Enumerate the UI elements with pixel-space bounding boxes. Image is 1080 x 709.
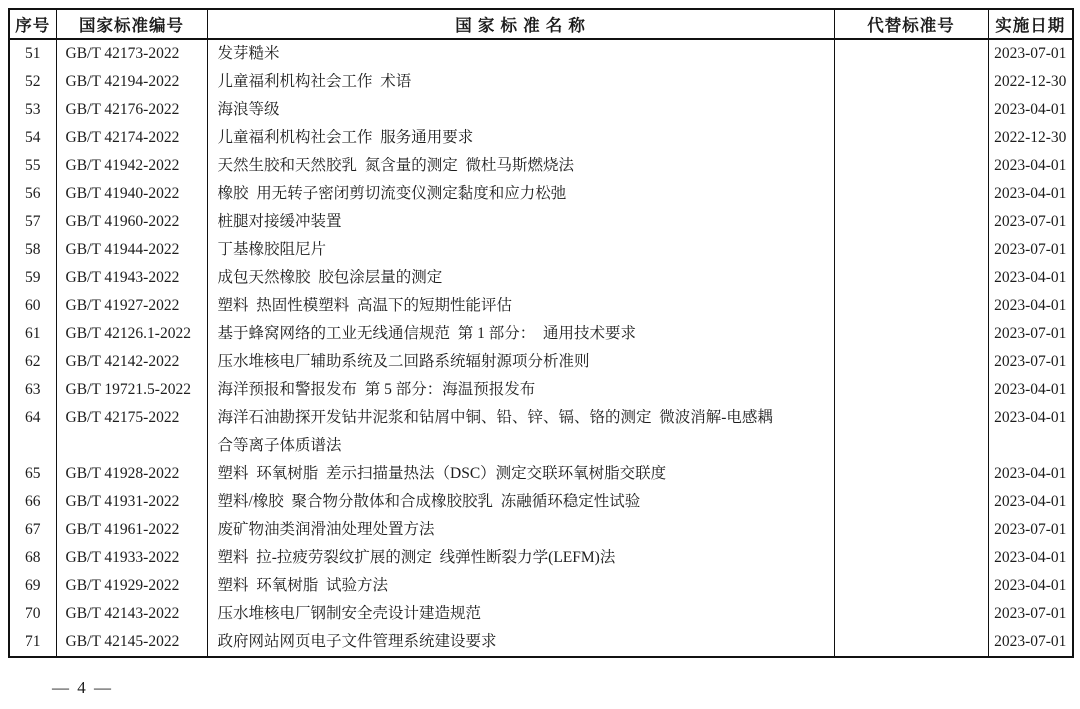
replaced-standard-cell [834, 264, 988, 292]
standard-code-cell: GB/T 42145-2022 [56, 628, 207, 657]
row-index-cell: 58 [9, 236, 56, 264]
implementation-date-cell: 2023-07-01 [988, 600, 1073, 628]
standard-name-cell: 塑料 环氧树脂 试验方法 [207, 572, 834, 600]
replaced-standard-cell [834, 376, 988, 404]
header-replaced: 代替标准号 [834, 9, 988, 39]
row-index-cell: 67 [9, 516, 56, 544]
standard-code-cell: GB/T 41931-2022 [56, 488, 207, 516]
row-index-cell: 53 [9, 96, 56, 124]
table-row: 66 GB/T 41931-2022 塑料/橡胶 聚合物分散体和合成橡胶胶乳 冻… [9, 488, 1073, 516]
table-row: 64 GB/T 42175-2022 海洋石油勘探开发钻井泥浆和钻屑中铜、铅、锌… [9, 404, 1073, 460]
table-header-row: 序号 国家标准编号 国 家 标 准 名 称 代替标准号 实施日期 [9, 9, 1073, 39]
table-row: 63 GB/T 19721.5-2022 海洋预报和警报发布 第 5 部分：海温… [9, 376, 1073, 404]
table-row: 54 GB/T 42174-2022 儿童福利机构社会工作 服务通用要求 202… [9, 124, 1073, 152]
standard-code-cell: GB/T 41927-2022 [56, 292, 207, 320]
replaced-standard-cell [834, 320, 988, 348]
row-index-cell: 62 [9, 348, 56, 376]
implementation-date-cell: 2023-04-01 [988, 404, 1073, 460]
standard-code-cell: GB/T 41960-2022 [56, 208, 207, 236]
implementation-date-cell: 2023-07-01 [988, 320, 1073, 348]
table-row: 70 GB/T 42143-2022 压水堆核电厂钢制安全壳设计建造规范 202… [9, 600, 1073, 628]
standard-name-cell: 塑料 热固性模塑料 高温下的短期性能评估 [207, 292, 834, 320]
replaced-standard-cell [834, 96, 988, 124]
standard-code-cell: GB/T 41929-2022 [56, 572, 207, 600]
row-index-cell: 57 [9, 208, 56, 236]
document-page: 序号 国家标准编号 国 家 标 准 名 称 代替标准号 实施日期 51 GB/T… [0, 0, 1080, 709]
standard-code-cell: GB/T 42174-2022 [56, 124, 207, 152]
replaced-standard-cell [834, 404, 988, 460]
standard-name-cell: 海洋石油勘探开发钻井泥浆和钻屑中铜、铅、锌、镉、铬的测定 微波消解-电感耦 合等… [207, 404, 834, 460]
row-index-cell: 70 [9, 600, 56, 628]
row-index-cell: 61 [9, 320, 56, 348]
header-date: 实施日期 [988, 9, 1073, 39]
replaced-standard-cell [834, 208, 988, 236]
row-index-cell: 52 [9, 68, 56, 96]
standard-code-cell: GB/T 42142-2022 [56, 348, 207, 376]
page-number: — 4 — [52, 678, 113, 698]
standards-table: 序号 国家标准编号 国 家 标 准 名 称 代替标准号 实施日期 51 GB/T… [8, 8, 1074, 658]
replaced-standard-cell [834, 152, 988, 180]
standard-code-cell: GB/T 19721.5-2022 [56, 376, 207, 404]
row-index-cell: 54 [9, 124, 56, 152]
standard-code-cell: GB/T 41942-2022 [56, 152, 207, 180]
table-row: 57 GB/T 41960-2022 桩腿对接缓冲装置 2023-07-01 [9, 208, 1073, 236]
implementation-date-cell: 2023-04-01 [988, 152, 1073, 180]
implementation-date-cell: 2023-04-01 [988, 460, 1073, 488]
row-index-cell: 68 [9, 544, 56, 572]
implementation-date-cell: 2023-04-01 [988, 96, 1073, 124]
table-row: 62 GB/T 42142-2022 压水堆核电厂辅助系统及二回路系统辐射源项分… [9, 348, 1073, 376]
standard-name-cell: 海洋预报和警报发布 第 5 部分：海温预报发布 [207, 376, 834, 404]
standard-code-cell: GB/T 42194-2022 [56, 68, 207, 96]
standard-name-cell: 塑料 拉-拉疲劳裂纹扩展的测定 线弹性断裂力学(LEFM)法 [207, 544, 834, 572]
table-row: 61 GB/T 42126.1-2022 基于蜂窝网络的工业无线通信规范 第 1… [9, 320, 1073, 348]
replaced-standard-cell [834, 236, 988, 264]
standard-name-cell: 儿童福利机构社会工作 服务通用要求 [207, 124, 834, 152]
replaced-standard-cell [834, 124, 988, 152]
table-row: 67 GB/T 41961-2022 废矿物油类润滑油处理处置方法 2023-0… [9, 516, 1073, 544]
table-row: 69 GB/T 41929-2022 塑料 环氧树脂 试验方法 2023-04-… [9, 572, 1073, 600]
implementation-date-cell: 2023-04-01 [988, 264, 1073, 292]
replaced-standard-cell [834, 348, 988, 376]
standard-name-cell: 成包天然橡胶 胶包涂层量的测定 [207, 264, 834, 292]
standard-code-cell: GB/T 42176-2022 [56, 96, 207, 124]
header-name: 国 家 标 准 名 称 [207, 9, 834, 39]
table-row: 52 GB/T 42194-2022 儿童福利机构社会工作 术语 2022-12… [9, 68, 1073, 96]
implementation-date-cell: 2023-04-01 [988, 376, 1073, 404]
standard-code-cell: GB/T 42173-2022 [56, 39, 207, 68]
row-index-cell: 55 [9, 152, 56, 180]
replaced-standard-cell [834, 572, 988, 600]
implementation-date-cell: 2023-04-01 [988, 292, 1073, 320]
standard-code-cell: GB/T 42143-2022 [56, 600, 207, 628]
standard-code-cell: GB/T 41933-2022 [56, 544, 207, 572]
implementation-date-cell: 2023-04-01 [988, 180, 1073, 208]
standard-name-cell: 天然生胶和天然胶乳 氮含量的测定 微杜马斯燃烧法 [207, 152, 834, 180]
standard-name-cell: 压水堆核电厂钢制安全壳设计建造规范 [207, 600, 834, 628]
table-row: 55 GB/T 41942-2022 天然生胶和天然胶乳 氮含量的测定 微杜马斯… [9, 152, 1073, 180]
standard-code-cell: GB/T 41944-2022 [56, 236, 207, 264]
standard-name-cell: 塑料 环氧树脂 差示扫描量热法（DSC）测定交联环氧树脂交联度 [207, 460, 834, 488]
standard-code-cell: GB/T 41961-2022 [56, 516, 207, 544]
standard-name-cell: 橡胶 用无转子密闭剪切流变仪测定黏度和应力松弛 [207, 180, 834, 208]
implementation-date-cell: 2023-04-01 [988, 488, 1073, 516]
standard-name-cell: 儿童福利机构社会工作 术语 [207, 68, 834, 96]
table-row: 58 GB/T 41944-2022 丁基橡胶阻尼片 2023-07-01 [9, 236, 1073, 264]
standard-name-cell: 压水堆核电厂辅助系统及二回路系统辐射源项分析准则 [207, 348, 834, 376]
row-index-cell: 65 [9, 460, 56, 488]
row-index-cell: 60 [9, 292, 56, 320]
implementation-date-cell: 2023-07-01 [988, 628, 1073, 657]
replaced-standard-cell [834, 600, 988, 628]
table-row: 68 GB/T 41933-2022 塑料 拉-拉疲劳裂纹扩展的测定 线弹性断裂… [9, 544, 1073, 572]
implementation-date-cell: 2023-07-01 [988, 348, 1073, 376]
implementation-date-cell: 2023-04-01 [988, 572, 1073, 600]
table-row: 56 GB/T 41940-2022 橡胶 用无转子密闭剪切流变仪测定黏度和应力… [9, 180, 1073, 208]
standard-name-cell: 废矿物油类润滑油处理处置方法 [207, 516, 834, 544]
standard-name-cell: 丁基橡胶阻尼片 [207, 236, 834, 264]
standard-name-cell: 塑料/橡胶 聚合物分散体和合成橡胶胶乳 冻融循环稳定性试验 [207, 488, 834, 516]
implementation-date-cell: 2023-04-01 [988, 544, 1073, 572]
row-index-cell: 66 [9, 488, 56, 516]
replaced-standard-cell [834, 68, 988, 96]
implementation-date-cell: 2023-07-01 [988, 208, 1073, 236]
row-index-cell: 69 [9, 572, 56, 600]
implementation-date-cell: 2022-12-30 [988, 124, 1073, 152]
replaced-standard-cell [834, 544, 988, 572]
standard-code-cell: GB/T 41928-2022 [56, 460, 207, 488]
implementation-date-cell: 2023-07-01 [988, 516, 1073, 544]
header-index: 序号 [9, 9, 56, 39]
implementation-date-cell: 2023-07-01 [988, 236, 1073, 264]
standard-code-cell: GB/T 42175-2022 [56, 404, 207, 460]
table-row: 51 GB/T 42173-2022 发芽糙米 2023-07-01 [9, 39, 1073, 68]
implementation-date-cell: 2023-07-01 [988, 39, 1073, 68]
replaced-standard-cell [834, 488, 988, 516]
standard-code-cell: GB/T 41940-2022 [56, 180, 207, 208]
table-row: 59 GB/T 41943-2022 成包天然橡胶 胶包涂层量的测定 2023-… [9, 264, 1073, 292]
row-index-cell: 63 [9, 376, 56, 404]
header-code: 国家标准编号 [56, 9, 207, 39]
replaced-standard-cell [834, 180, 988, 208]
row-index-cell: 59 [9, 264, 56, 292]
replaced-standard-cell [834, 39, 988, 68]
standard-name-cell: 政府网站网页电子文件管理系统建设要求 [207, 628, 834, 657]
replaced-standard-cell [834, 460, 988, 488]
standard-code-cell: GB/T 42126.1-2022 [56, 320, 207, 348]
row-index-cell: 51 [9, 39, 56, 68]
replaced-standard-cell [834, 628, 988, 657]
replaced-standard-cell [834, 292, 988, 320]
standard-name-cell: 海浪等级 [207, 96, 834, 124]
table-row: 65 GB/T 41928-2022 塑料 环氧树脂 差示扫描量热法（DSC）测… [9, 460, 1073, 488]
standard-name-cell: 桩腿对接缓冲装置 [207, 208, 834, 236]
standard-code-cell: GB/T 41943-2022 [56, 264, 207, 292]
implementation-date-cell: 2022-12-30 [988, 68, 1073, 96]
standard-name-cell: 发芽糙米 [207, 39, 834, 68]
row-index-cell: 71 [9, 628, 56, 657]
table-row: 60 GB/T 41927-2022 塑料 热固性模塑料 高温下的短期性能评估 … [9, 292, 1073, 320]
replaced-standard-cell [834, 516, 988, 544]
table-row: 71 GB/T 42145-2022 政府网站网页电子文件管理系统建设要求 20… [9, 628, 1073, 657]
row-index-cell: 56 [9, 180, 56, 208]
standard-name-cell: 基于蜂窝网络的工业无线通信规范 第 1 部分： 通用技术要求 [207, 320, 834, 348]
table-row: 53 GB/T 42176-2022 海浪等级 2023-04-01 [9, 96, 1073, 124]
row-index-cell: 64 [9, 404, 56, 460]
